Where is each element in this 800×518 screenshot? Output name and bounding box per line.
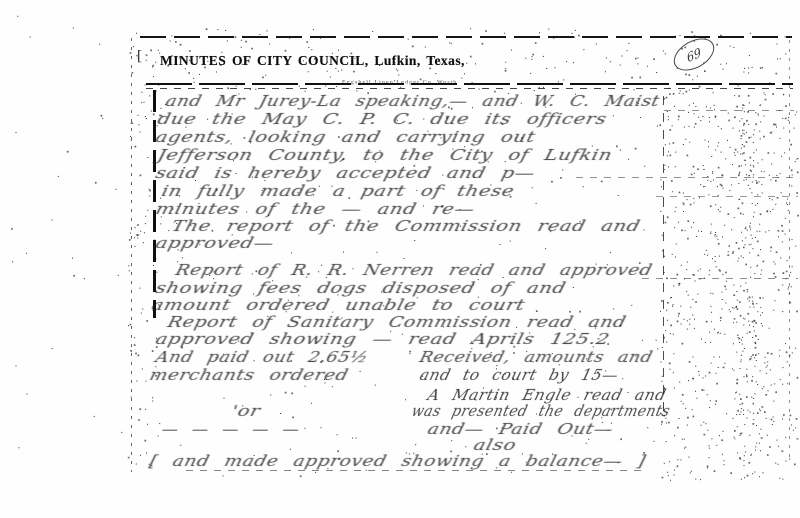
manuscript-line: in fully made a part of these — [160, 182, 517, 200]
manuscript-line: and Mr Jurey-La speaking,— and W. C. Mai… — [164, 92, 662, 110]
manuscript-line: due the May C. P. C. due its officers — [156, 110, 609, 128]
manuscript-line: and— Paid Out— — [426, 420, 616, 438]
manuscript-line: And paid out 2.65½ — [154, 348, 371, 366]
manuscript-line: agents, looking and carrying out — [154, 128, 538, 146]
handwritten-minutes: and Mr Jurey-La speaking,— and W. C. Mai… — [0, 0, 800, 518]
manuscript-line: amount ordered unable to court — [150, 296, 527, 314]
manuscript-line: — — — — — — [160, 420, 302, 438]
manuscript-line: Report of Sanitary Commission read and — [166, 313, 629, 331]
manuscript-line: Report of R. R. Nerren read and approved — [174, 261, 655, 279]
manuscript-line: showing fees dogs disposed of and — [154, 279, 568, 297]
manuscript-line: 'or — [230, 402, 263, 420]
manuscript-line: minutes of the — and re— — [154, 200, 477, 218]
manuscript-line: and to court by 15— — [418, 366, 621, 384]
manuscript-line: approved showing — read Aprils 125.2 — [154, 330, 612, 348]
manuscript-line: Jefferson County, to the City of Lufkin — [156, 146, 615, 164]
manuscript-line: approved— — [154, 234, 277, 252]
manuscript-line: The report of the Commission read and — [170, 217, 643, 235]
manuscript-line: was presented the departments — [410, 402, 672, 420]
manuscript-line: Received, amounts and — [418, 348, 655, 366]
manuscript-line: said is hereby accepted and p— — [154, 164, 538, 182]
scanned-document-page: [ MINUTES OF CITY COUNCIL, Lufkin, Texas… — [0, 0, 800, 518]
manuscript-line: [ and made approved showing a balance— ] — [148, 452, 648, 470]
manuscript-line: merchants ordered — [148, 366, 351, 384]
